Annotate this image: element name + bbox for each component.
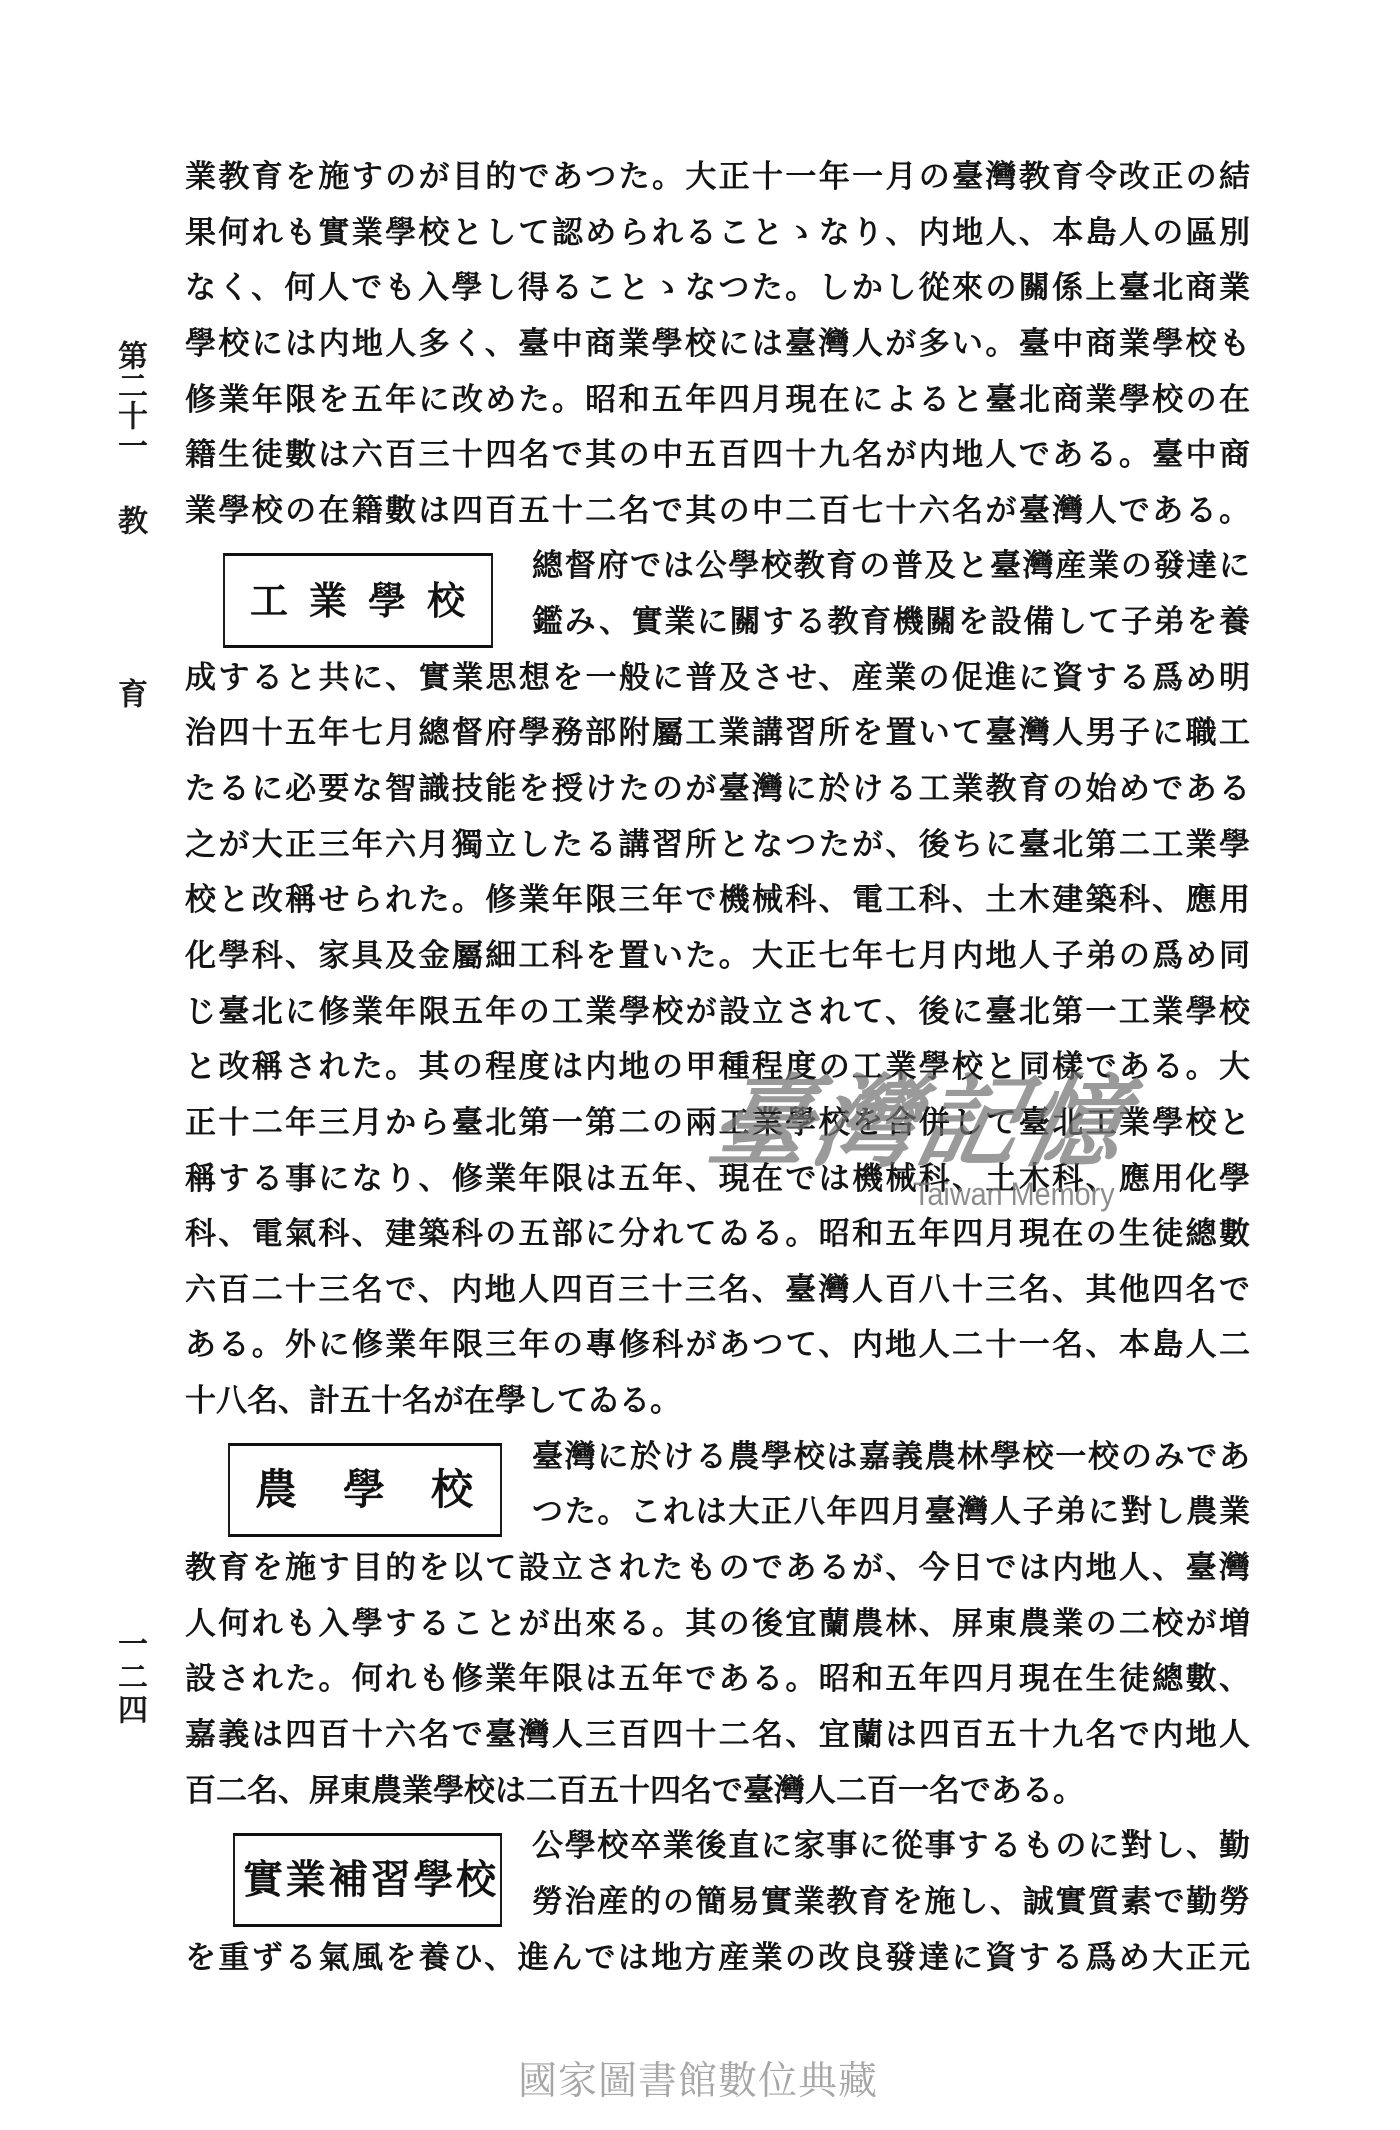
text-line: 成すると共に、實業思想を一般に普及させ、産業の促進に資する爲め明 xyxy=(185,651,1250,707)
text-line: 人何れも入學することが出來る。其の後宜蘭農林、屏東農業の二校が増 xyxy=(185,1597,1250,1653)
text-line: 十八名、計五十名が在學してゐる。 xyxy=(185,1374,1250,1430)
text-line: 嘉義は四百十六名で臺灣人三百四十二名、宜蘭は四百五十九名で内地人 xyxy=(185,1708,1250,1764)
text-line: 公學校卒業後直に家事に從事するものに對し、勤 xyxy=(532,1819,1250,1875)
scanned-book-page: 第二十一 教 育 一二四 工業學校 農學校 實業補習學校 業教育を施すのが目的で… xyxy=(0,0,1400,2130)
text-line: 治四十五年七月總督府學務部附屬工業講習所を置いて臺灣人男子に職工 xyxy=(185,706,1250,762)
text-line: つた。これは大正八年四月臺灣人子弟に對し農業 xyxy=(532,1485,1250,1541)
running-head-chapter: 第二十一 xyxy=(113,340,145,460)
text-line: 鑑み、實業に關する教育機關を設備して子弟を養 xyxy=(532,595,1250,651)
text-line: 百二名、屏東農業學校は二百五十四名で臺灣人二百一名である。 xyxy=(185,1764,1250,1820)
text-line: 總督府では公學校教育の普及と臺灣産業の發達に xyxy=(532,539,1250,595)
text-line: 果何れも實業學校として認められることゝなり、内地人、本島人の區別 xyxy=(185,206,1250,262)
text-line: じ臺北に修業年限五年の工業學校が設立されて、後に臺北第一工業學校 xyxy=(185,985,1250,1041)
text-line: 校と改稱せられた。修業年限三年で機械科、電工科、土木建築科、應用 xyxy=(185,873,1250,929)
text-line: 科、電氣科、建築科の五部に分れてゐる。昭和五年四月現在の生徒總數 xyxy=(185,1207,1250,1263)
text-line: 業教育を施すのが目的であつた。大正十一年一月の臺灣教育令改正の結 xyxy=(185,150,1250,206)
text-line: なく、何人でも入學し得ることゝなつた。しかし從來の關係上臺北商業 xyxy=(185,261,1250,317)
page-number: 一二四 xyxy=(113,1628,145,1727)
text-line: 設された。何れも修業年限は五年である。昭和五年四月現在生徒總數、 xyxy=(185,1652,1250,1708)
text-line: 修業年限を五年に改めた。昭和五年四月現在によると臺北商業學校の在 xyxy=(185,373,1250,429)
text-line: ある。外に修業年限三年の專修科があつて、内地人二十一名、本島人二 xyxy=(185,1318,1250,1374)
text-line: 之が大正三年六月獨立したる講習所となつたが、後ちに臺北第二工業學 xyxy=(185,818,1250,874)
running-head-title-char: 育 xyxy=(113,678,145,708)
text-line: 教育を施す目的を以て設立されたものであるが、今日では内地人、臺灣 xyxy=(185,1541,1250,1597)
text-line: 業學校の在籍數は四百五十二名で其の中二百七十六名が臺灣人である。 xyxy=(185,484,1250,540)
watermark-subtitle: Taiwan Memory xyxy=(913,1178,1115,1210)
text-line: たるに必要な智識技能を授けたのが臺灣に於ける工業教育の始めである xyxy=(185,762,1250,818)
text-line: 學校には内地人多く、臺中商業學校には臺灣人が多い。臺中商業學校も xyxy=(185,317,1250,373)
text-line: 臺灣に於ける農學校は嘉義農林學校一校のみであ xyxy=(532,1430,1250,1486)
text-line: 化學科、家具及金屬細工科を置いた。大正七年七月内地人子弟の爲め同 xyxy=(185,929,1250,985)
running-head-title-char: 教 xyxy=(113,505,145,535)
text-line: 六百二十三名で、内地人四百三十三名、臺灣人百八十三名、其他四名で xyxy=(185,1263,1250,1319)
watermark-logo: 臺灣記憶 xyxy=(701,1072,1138,1172)
footer-source-label: 國家圖書館數位典藏 xyxy=(518,2062,878,2101)
text-line: 籍生徒數は六百三十四名で其の中五百四十九名が内地人である。臺中商 xyxy=(185,428,1250,484)
text-line: を重ずる氣風を養ひ、進んでは地方産業の改良發達に資する爲め大正元 xyxy=(185,1931,1250,1987)
text-line: 勞治産的の簡易實業教育を施し、誠實質素で勤勞 xyxy=(532,1875,1250,1931)
